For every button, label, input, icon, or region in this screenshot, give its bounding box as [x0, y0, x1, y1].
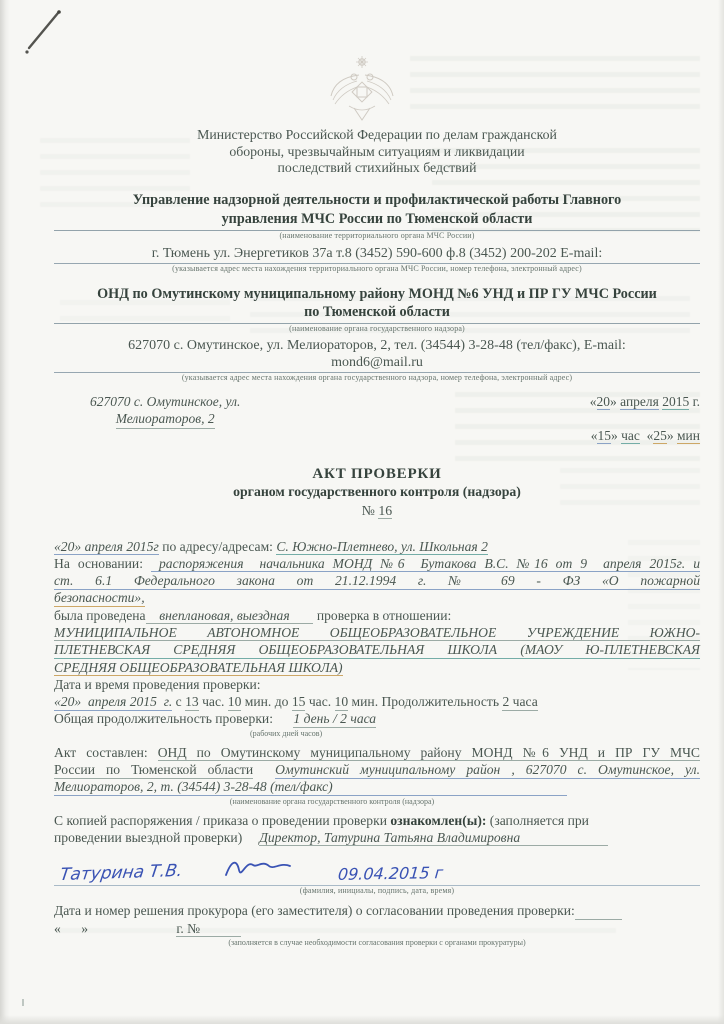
signature-squiggle-icon: [224, 857, 296, 881]
text-run: »: [611, 428, 621, 443]
text-run: [200, 921, 241, 938]
text-run: Дата и время проведения проверки:: [54, 677, 261, 692]
issuer-address-line: 627070 с. Омутинское, ул.: [90, 393, 240, 411]
document-line: (наименование органа государственного ко…: [54, 797, 700, 809]
text-run: 20: [597, 394, 611, 411]
ministry-header: Министерство Российской Федерации по дел…: [54, 127, 700, 177]
text-run: «20» апреля 2015г: [54, 539, 159, 556]
act-time-line: «15» час «25» мин: [590, 427, 700, 444]
scan-artifact-dot: [22, 999, 24, 1006]
text-run: мин. Продолжительность: [348, 694, 502, 709]
handwritten-name: Татурина Т.В.: [59, 861, 184, 885]
act-title: АКТ ПРОВЕРКИ: [54, 466, 700, 483]
document-line: ПЛЕТНЕВСКАЯ СРЕДНЯЯ ОБЩЕОБРАЗОВАТЕЛЬНАЯ …: [54, 641, 700, 658]
text-run: С. Южно-Плетнево, ул. Школьная 2: [276, 539, 488, 556]
document-line: Мелиораторов, 2, т. (34544) 3-28-48 (тел…: [54, 778, 700, 795]
document-line: На основании: распоряжения начальника МО…: [54, 555, 700, 572]
text-run: внеплановая, выездная: [146, 608, 314, 625]
territorial-address-caption: (указывается адрес места нахождения терр…: [54, 264, 700, 274]
act-number-value: 16: [378, 503, 392, 520]
text-run: по адресу/адресам:: [159, 539, 277, 554]
text-run: 2015: [662, 394, 689, 411]
document-line: (заполняется в случае необходимости согл…: [54, 938, 700, 950]
text-run: [520, 830, 608, 847]
text-run: мин. до: [241, 694, 291, 709]
supervision-address-block: 627070 с. Омутинское, ул. Мелиораторов, …: [54, 337, 700, 373]
document-line: СРЕДНЯЯ ОБЩЕОБРАЗОВАТЕЛЬНАЯ ШКОЛА): [54, 659, 700, 676]
text-run: с: [172, 694, 185, 709]
text-run: «20» апреля 2015 г.: [54, 694, 172, 711]
text-run: 15: [597, 428, 611, 445]
document-line: Дата и время проведения проверки:: [54, 676, 700, 693]
pen-mark: [18, 6, 68, 58]
place-date-row: 627070 с. Омутинское, ул. Мелиораторов, …: [54, 393, 700, 444]
document-line: была проведена внеплановая, выездная про…: [54, 607, 700, 624]
text-run: [273, 711, 293, 726]
department-line: управления МЧС России по Тюменской облас…: [54, 210, 700, 229]
document-line: « » г. №: [54, 920, 700, 937]
text-run: (заполняется при: [486, 813, 589, 828]
text-run: ОНД по Омутинскому муниципальному району…: [158, 745, 700, 762]
act-number-line: № 16: [54, 503, 700, 519]
document-line: России по Тюменской области Омутинский м…: [54, 761, 700, 778]
ministry-line: обороны, чрезвычайным ситуациям и ликвид…: [54, 144, 700, 161]
act-date-line: «20» апреля 2015 г.: [590, 393, 700, 410]
department-line: Управление надзорной деятельности и проф…: [54, 191, 700, 210]
text-run: Общая продолжительность проверки:: [54, 711, 273, 726]
text-run: мин: [677, 428, 700, 445]
text-run: 1 день / 2 часа: [293, 711, 376, 728]
document-line: МУНИЦИПАЛЬНОЕ АВТОНОМНОЕ ОБЩЕОБРАЗОВАТЕЛ…: [54, 624, 700, 641]
text-run: час: [621, 428, 640, 445]
text-run: г. №: [176, 921, 200, 938]
document-line: «20» апреля 2015 г. с 13 час. 10 мин. до…: [54, 693, 700, 710]
text-run: проверка в отношении:: [313, 608, 451, 623]
text-run: (заполняется в случае необходимости согл…: [228, 938, 525, 947]
scanned-document-page: Министерство Российской Федерации по дел…: [0, 0, 724, 1024]
document-line: (рабочих дней часов): [54, 729, 700, 741]
document-line: ст. 6.1 Федерального закона от 21.12.199…: [54, 572, 700, 589]
text-run: [253, 762, 275, 777]
department-caption: (наименование территориального органа МЧ…: [54, 231, 700, 241]
text-run: МУНИЦИПАЛЬНОЕ АВТОНОМНОЕ ОБЩЕОБРАЗОВАТЕЛ…: [54, 625, 700, 642]
document-line: С копией распоряжения / приказа о провед…: [54, 812, 700, 829]
act-body-part1: «20» апреля 2015г по адресу/адресам: С. …: [54, 538, 700, 847]
text-run: [333, 779, 568, 796]
text-run: 25: [653, 428, 667, 445]
text-run: проведении выездной проверки): [54, 830, 242, 845]
document-line: «20» апреля 2015г по адресу/адресам: С. …: [54, 538, 700, 555]
document-content: Министерство Российской Федерации по дел…: [54, 0, 700, 953]
text-run: час.: [305, 694, 334, 709]
text-run: «: [590, 394, 597, 409]
document-line: Общая продолжительность проверки: 1 день…: [54, 710, 700, 727]
text-run: Омутинский муниципальному район , 627070…: [275, 762, 700, 779]
text-run: безопасности»,: [54, 590, 145, 607]
supervision-body-line: ОНД по Омутинскому муниципальному району…: [54, 285, 700, 304]
text-run: [575, 903, 623, 920]
text-run: 13: [185, 694, 199, 711]
issuer-address-line: Мелиораторов, 2: [116, 410, 215, 429]
text-run: ПЛЕТНЕВСКАЯ СРЕДНЯЯ ОБЩЕОБРАЗОВАТЕЛЬНАЯ …: [54, 642, 700, 659]
supervision-email: mond6@mail.ru: [54, 354, 700, 371]
text-run: Мелиораторов, 2, т. (34544) 3-28-48 (тел…: [54, 779, 333, 796]
signature-caption: (фамилия, инициалы, подпись, дата, время…: [54, 886, 700, 896]
text-run: На основании:: [54, 556, 151, 571]
document-line: Дата и номер решения прокурора (его заме…: [54, 902, 700, 919]
issuer-address: 627070 с. Омутинское, ул. Мелиораторов, …: [90, 393, 240, 444]
document-line: безопасности»,: [54, 589, 700, 606]
text-run: апреля: [620, 394, 659, 411]
supervision-address-line: 627070 с. Омутинское, ул. Мелиораторов, …: [54, 337, 700, 354]
text-run: С копией распоряжения / приказа о провед…: [54, 813, 390, 828]
text-run: »: [610, 394, 620, 409]
text-run: ознакомлен(ы):: [390, 813, 486, 828]
act-number-label: №: [362, 503, 375, 518]
scan-edge-shadow: [718, 0, 724, 1024]
text-run: распоряжения начальника МОНД №6 Бутакова…: [151, 556, 700, 573]
supervision-address-caption: (указывается адрес места нахождения орга…: [54, 373, 700, 383]
text-run: 2 часа: [502, 694, 537, 711]
text-run: (наименование органа государственного ко…: [230, 797, 434, 806]
handwritten-date: 09.04.2015 г: [338, 863, 445, 884]
text-run: « »: [54, 921, 88, 936]
text-run: 10: [228, 694, 242, 711]
text-run: »: [667, 428, 677, 443]
text-run: г.: [689, 394, 700, 409]
ministry-line: последствий стихийных бедствий: [54, 160, 700, 177]
text-run: СРЕДНЯЯ ОБЩЕОБРАЗОВАТЕЛЬНАЯ ШКОЛА): [54, 660, 343, 677]
text-run: (рабочих дней часов): [250, 729, 322, 738]
text-run: [88, 921, 176, 936]
text-run: «: [640, 428, 654, 443]
text-run: ст. 6.1 Федерального закона от 21.12.199…: [54, 573, 700, 590]
supervision-body-header: ОНД по Омутинскому муниципальному району…: [54, 285, 700, 324]
mchs-emblem-icon: [323, 54, 401, 128]
text-run: России по Тюменской области: [54, 762, 253, 779]
act-subtitle: органом государственного контроля (надзо…: [54, 484, 700, 500]
act-title-block: АКТ ПРОВЕРКИ органом государственного ко…: [54, 466, 700, 519]
text-run: была проведена: [54, 608, 146, 623]
document-line: проведении выездной проверки) Директор, …: [54, 829, 700, 846]
ministry-line: Министерство Российской Федерации по дел…: [54, 127, 700, 144]
text-run: Дата и номер решения прокурора (его заме…: [54, 903, 575, 918]
text-run: 10: [335, 694, 349, 711]
text-run: час.: [199, 694, 228, 709]
text-run: Директор, Татурина Татьяна Владимировна: [259, 830, 520, 847]
department-header: Управление надзорной деятельности и проф…: [54, 191, 700, 231]
supervision-body-caption: (наименование органа государственного на…: [54, 324, 700, 334]
territorial-address-line: г. Тюмень ул. Энергетиков 37а т.8 (3452)…: [54, 245, 700, 264]
act-body-part2: Дата и номер решения прокурора (его заме…: [54, 902, 700, 950]
text-run: 15: [292, 694, 306, 711]
text-run: [242, 830, 259, 845]
act-date-time: «20» апреля 2015 г.«15» час «25» мин: [590, 393, 700, 444]
supervision-body-line: по Тюменской области: [54, 303, 700, 322]
handwritten-signature-row: Татурина Т.В. 09.04.2015 г: [54, 853, 700, 886]
text-run: Акт составлен:: [54, 745, 158, 760]
document-line: Акт составлен: ОНД по Омутинскому муници…: [54, 744, 700, 761]
